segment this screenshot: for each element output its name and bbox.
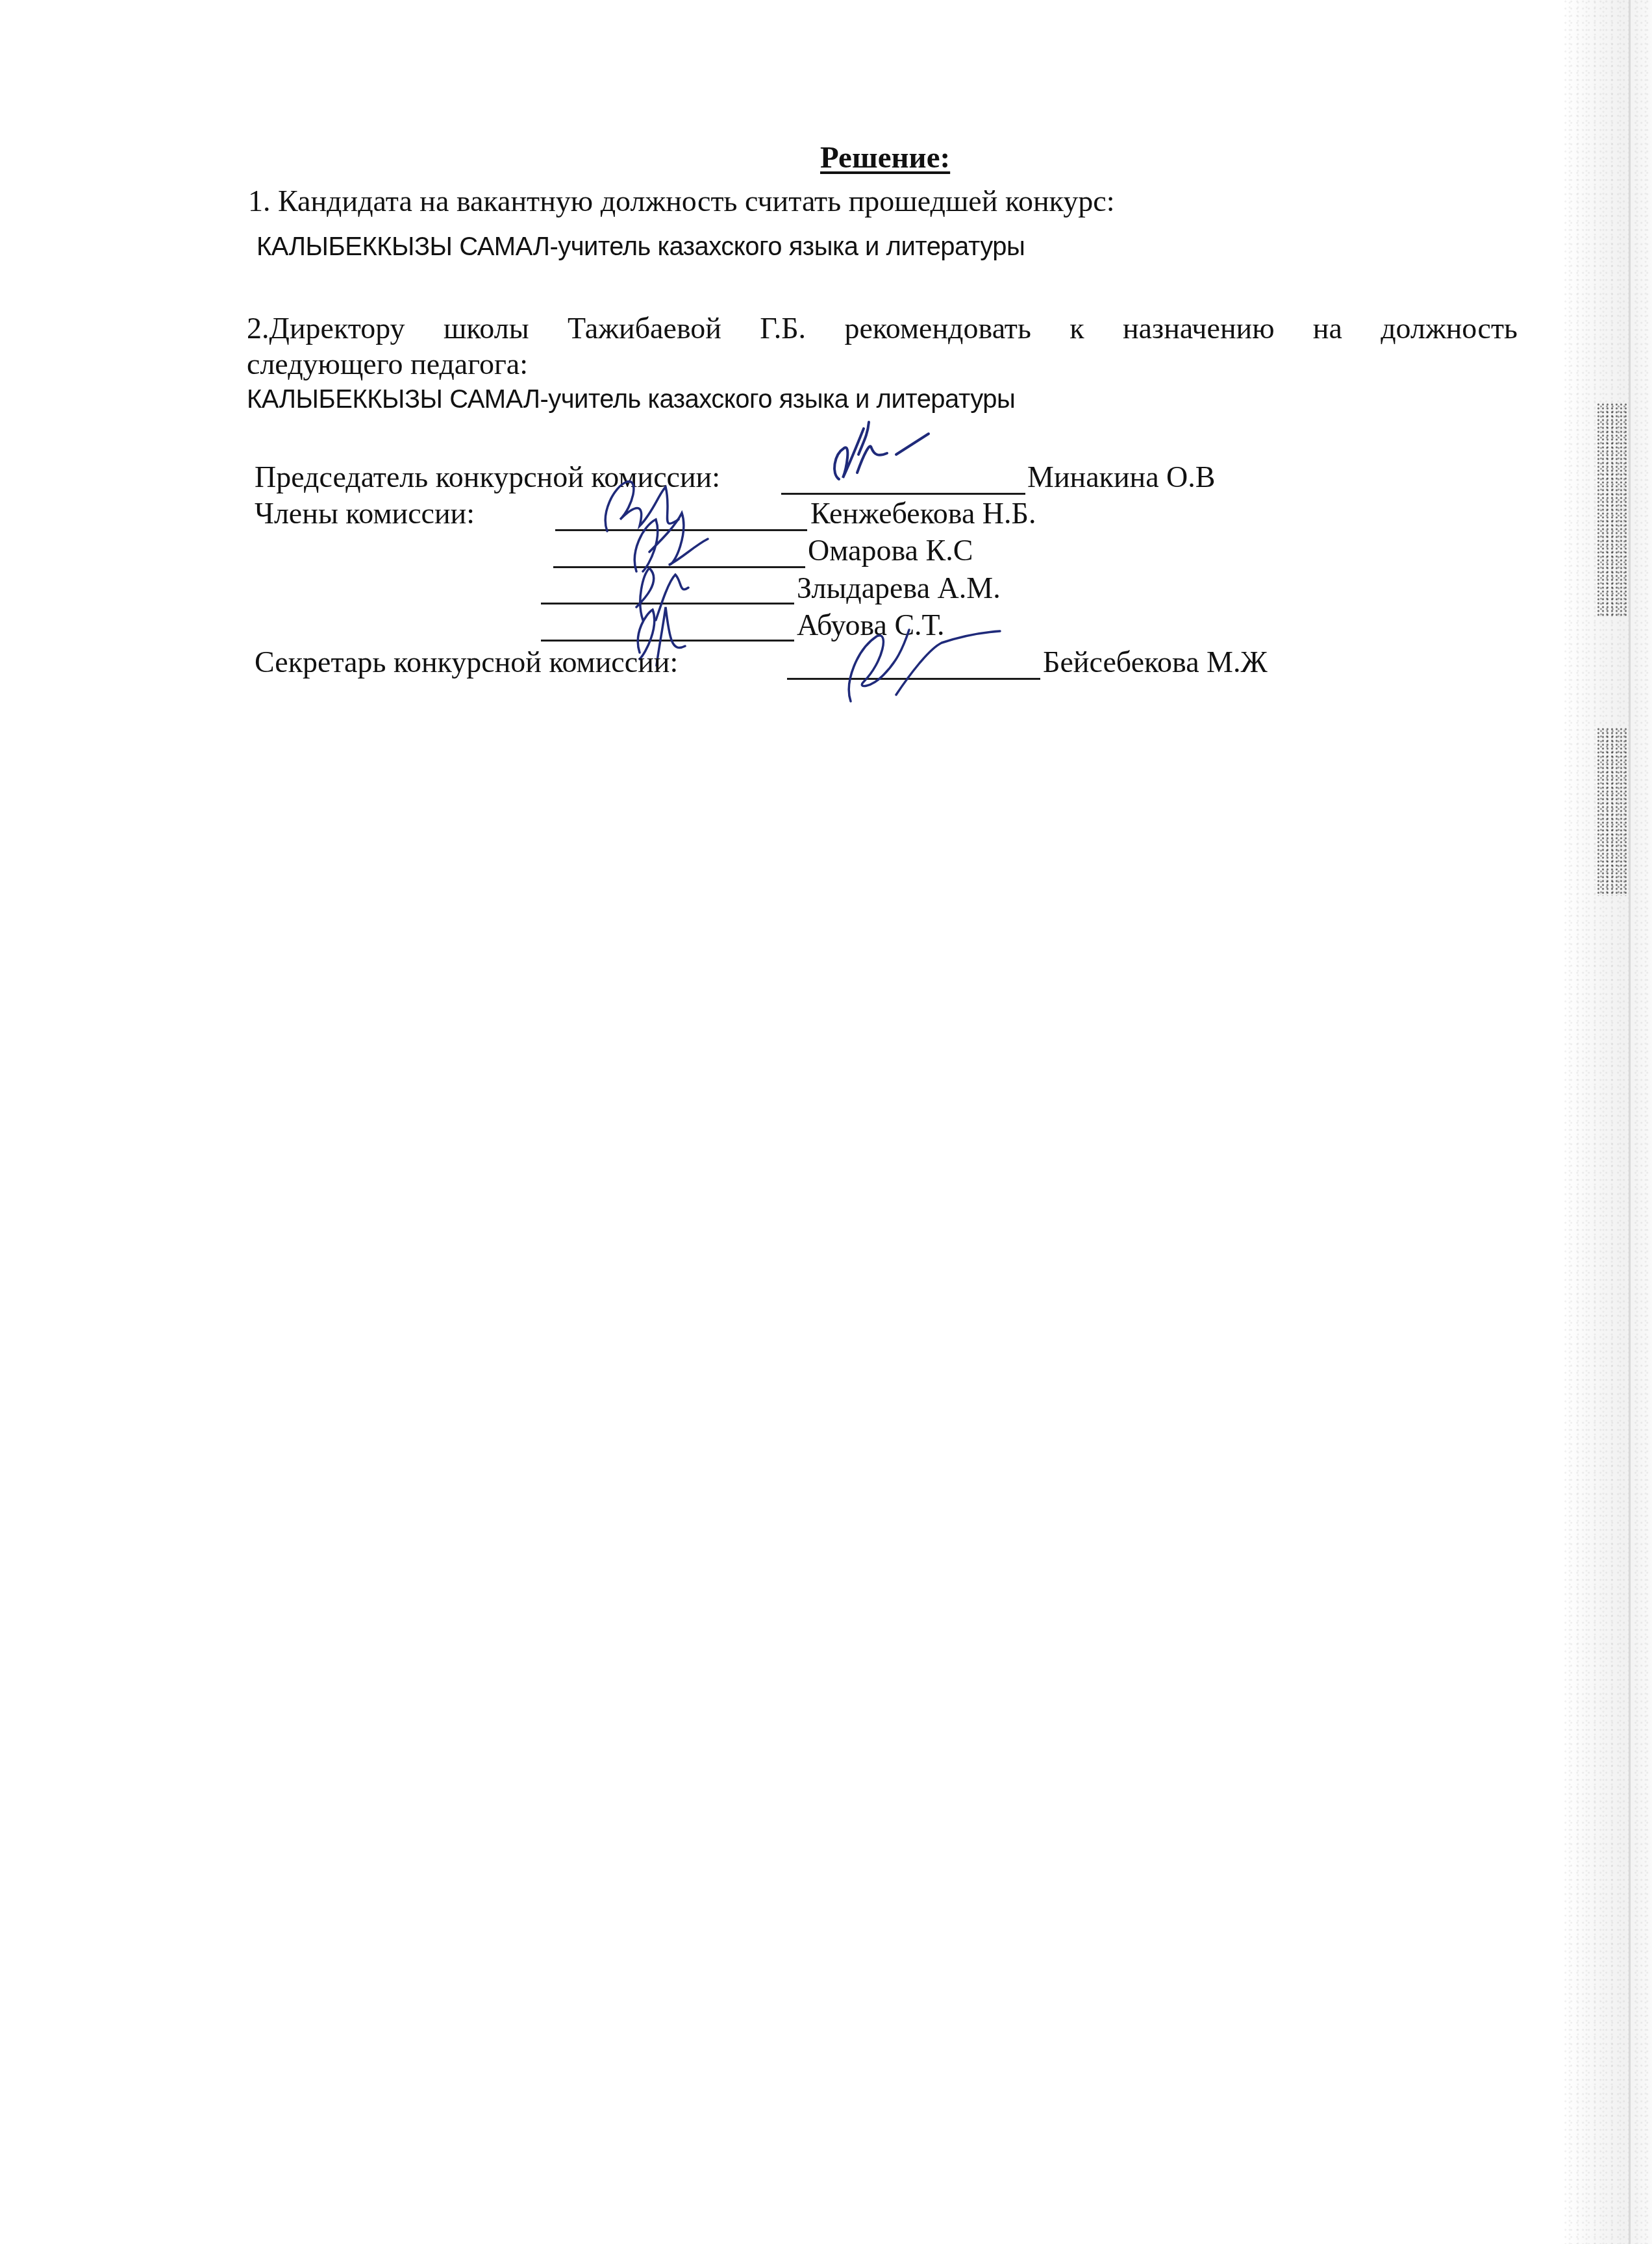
secretary-label: Секретарь конкурсной комиссии: bbox=[255, 647, 678, 677]
member-name: Омарова К.С bbox=[808, 536, 973, 566]
scan-noise bbox=[1596, 727, 1630, 896]
chairman-name: Минакина О.В bbox=[1027, 462, 1215, 492]
member-name: Кенжебекова Н.Б. bbox=[810, 499, 1036, 529]
member-name: Злыдарева А.М. bbox=[797, 573, 1001, 603]
scan-edge-artifact bbox=[1564, 0, 1652, 2244]
secretary-signature bbox=[838, 623, 1007, 711]
candidate-name-2: КАЛЫБЕККЫЗЫ САМАЛ-учитель казахского язы… bbox=[247, 386, 1015, 412]
document-title: Решение: bbox=[820, 143, 950, 173]
decision-item-2-line-1: 2.Директору школы Тажибаевой Г.Б. рекоме… bbox=[247, 314, 1518, 343]
scan-noise bbox=[1596, 403, 1630, 617]
decision-item-2-line-2: следующего педагога: bbox=[247, 349, 528, 379]
scan-border-line bbox=[1629, 0, 1631, 2244]
chairman-signature bbox=[825, 416, 955, 490]
secretary-name: Бейсебекова М.Ж bbox=[1043, 647, 1268, 677]
candidate-name-1: КАЛЫБЕККЫЗЫ САМАЛ-учитель казахского язы… bbox=[257, 234, 1025, 260]
decision-item-1: 1. Кандидата на вакантную должность счит… bbox=[248, 186, 1114, 216]
chairman-signature-line bbox=[781, 493, 1025, 495]
members-label: Члены комиссии: bbox=[255, 499, 475, 529]
